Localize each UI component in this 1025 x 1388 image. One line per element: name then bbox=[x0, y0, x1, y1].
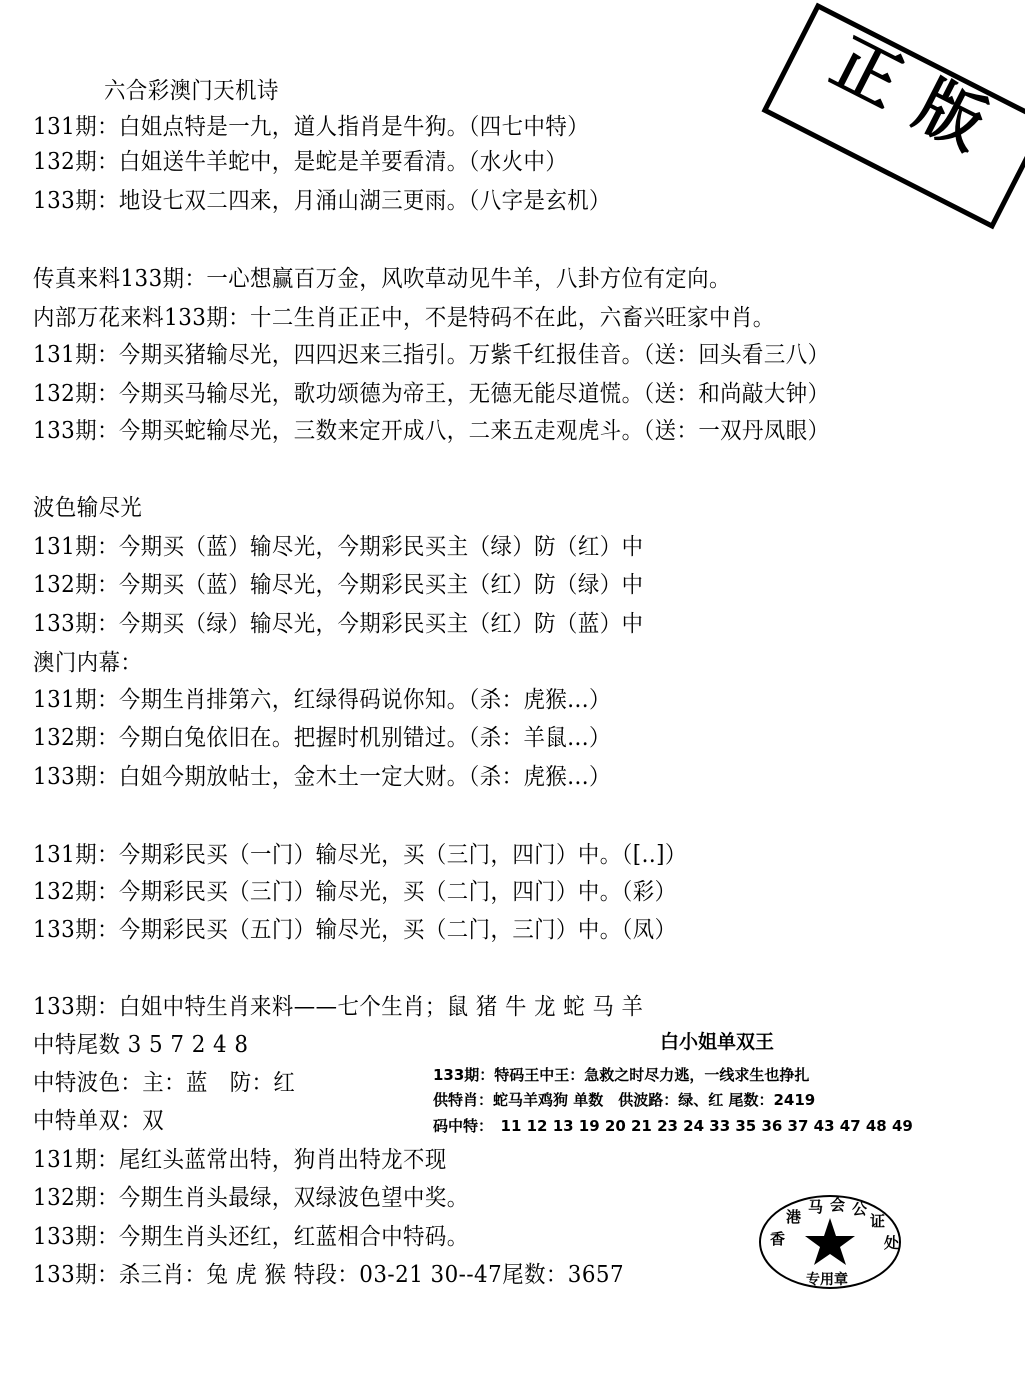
doors-line: 131期：今期彩民买（一门）输尽光，买（三门，四门）中。（[..]） bbox=[33, 840, 687, 870]
special-line: 131期：尾红头蓝常出特，狗肖出特龙不现 bbox=[33, 1145, 447, 1175]
wave-color: 中特波色：主：蓝 防：红 bbox=[33, 1068, 295, 1098]
svg-text:专用章: 专用章 bbox=[806, 1271, 848, 1288]
poem-title: 六合彩澳门天机诗 bbox=[104, 76, 279, 106]
king-title: 白小姐单双王 bbox=[660, 1027, 774, 1054]
fax-line: 传真来料133期：一心想赢百万金，风吹草动见牛羊，八卦方位有定向。 bbox=[33, 264, 731, 294]
poem-line: 131期：白姐点特是一九，道人指肖是牛狗。（四七中特） bbox=[33, 112, 589, 142]
macau-line: 133期：白姐今期放帖士，金木土一定大财。（杀：虎猴...） bbox=[33, 762, 611, 792]
svg-text:香: 香 bbox=[770, 1230, 785, 1248]
zodiac-line: 133期：白姐中特生肖来料——七个生肖；鼠 猪 牛 龙 蛇 马 羊 bbox=[33, 992, 643, 1022]
doors-line: 133期：今期彩民买（五门）输尽光，买（二门，三门）中。（凤） bbox=[33, 915, 676, 945]
wave-line: 133期：今期买（绿）输尽光，今期彩民买主（红）防（蓝）中 bbox=[33, 609, 643, 639]
special-line: 132期：今期生肖头最绿，双绿波色望中奖。 bbox=[33, 1183, 469, 1213]
svg-text:会: 会 bbox=[830, 1196, 845, 1214]
king-line: 133期：特码王中王：急救之时尽力逃，一线求生也挣扎 bbox=[433, 1064, 809, 1086]
doors-line: 132期：今期彩民买（三门）输尽光，买（二门，四门）中。（彩） bbox=[33, 877, 676, 907]
king-numbers: 码中特： 11 12 13 19 20 21 23 24 33 35 36 37… bbox=[433, 1115, 913, 1137]
wanhua-line: 内部万花来料133期：十二生肖正正中，不是特码不在此，六畜兴旺家中肖。 bbox=[33, 303, 775, 333]
odd-even: 中特单双：双 bbox=[33, 1106, 164, 1136]
svg-text:港: 港 bbox=[786, 1208, 801, 1226]
macau-line: 132期：今期白兔依旧在。把握时机别错过。（杀：羊鼠...） bbox=[33, 723, 611, 753]
wave-line: 131期：今期买（蓝）输尽光，今期彩民买主（绿）防（红）中 bbox=[33, 532, 643, 562]
special-line: 133期：今期生肖头还红，红蓝相合中特码。 bbox=[33, 1222, 469, 1252]
macau-line: 131期：今期生肖排第六，红绿得码说你知。（杀：虎猴...） bbox=[33, 685, 611, 715]
king-line: 供特肖：蛇马羊鸡狗 单数 供波路：绿、红 尾数：2419 bbox=[433, 1089, 815, 1111]
star-icon bbox=[805, 1218, 855, 1265]
fax-period-line: 132期：今期买马输尽光，歌功颂德为帝王，无德无能尽道慌。（送：和尚敲大钟） bbox=[33, 379, 829, 409]
seal-graphic: 香 港 马 会 公 证 处 专用章 bbox=[758, 1192, 903, 1292]
seal: 香 港 马 会 公 证 处 专用章 bbox=[758, 1192, 903, 1292]
svg-text:证: 证 bbox=[870, 1212, 885, 1230]
wave-line: 132期：今期买（蓝）输尽光，今期彩民买主（红）防（绿）中 bbox=[33, 570, 643, 600]
kill-zodiac-line: 133期：杀三肖：兔 虎 猴 特段：03-21 30--47尾数：3657 bbox=[33, 1260, 624, 1290]
svg-text:公: 公 bbox=[852, 1200, 868, 1218]
svg-text:处: 处 bbox=[884, 1234, 899, 1252]
svg-text:马: 马 bbox=[808, 1198, 823, 1216]
fax-period-line: 131期：今期买猪输尽光，四四迟来三指引。万紫千红报佳音。（送：回头看三八） bbox=[33, 340, 829, 370]
fax-period-line: 133期：今期买蛇输尽光，三数来定开成八，二来五走观虎斗。（送：一双丹凤眼） bbox=[33, 416, 829, 446]
poem-line: 132期：白姐送牛羊蛇中，是蛇是羊要看清。（水火中） bbox=[33, 147, 567, 177]
macau-title: 澳门内幕： bbox=[33, 648, 142, 678]
poem-line: 133期：地设七双二四来，月涌山湖三更雨。（八字是玄机） bbox=[33, 186, 611, 216]
wave-title: 波色输尽光 bbox=[33, 493, 142, 523]
tail-numbers: 中特尾数 3 5 7 2 4 8 bbox=[33, 1030, 248, 1060]
